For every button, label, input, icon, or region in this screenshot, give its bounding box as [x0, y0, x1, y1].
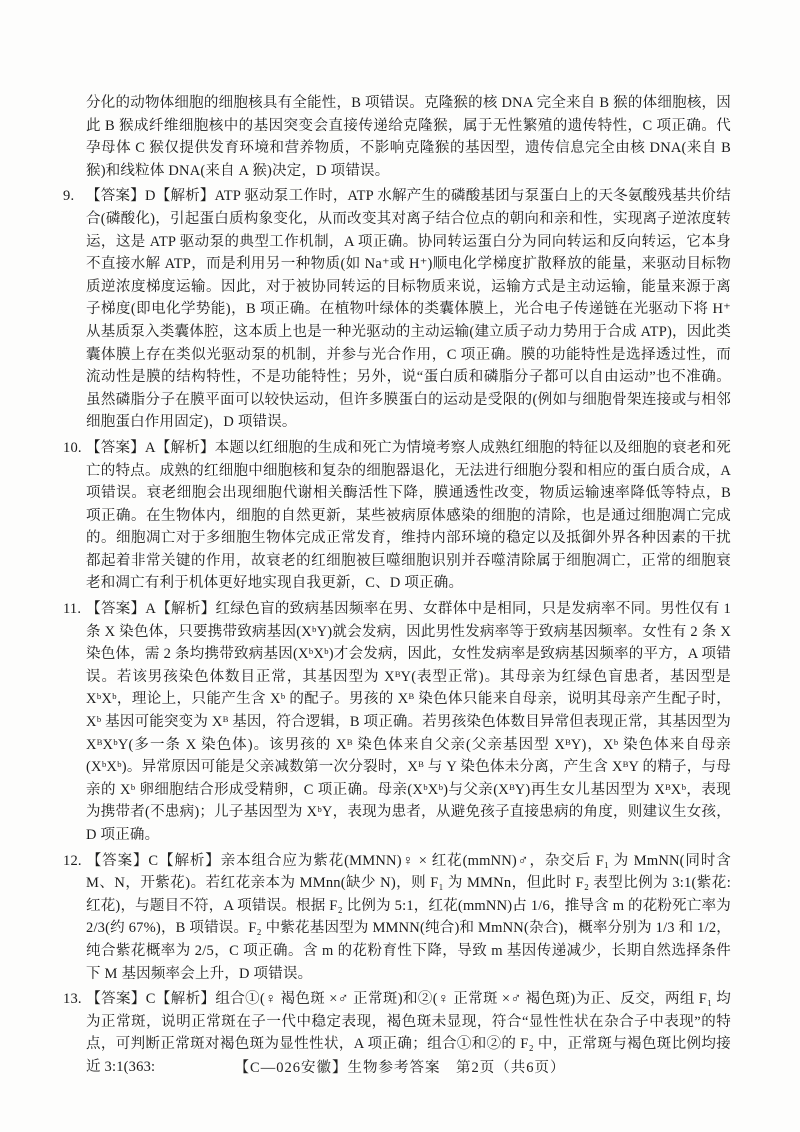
- answer-text-9: 【答案】D【解析】ATP 驱动泵工作时，ATP 水解产生的磷酸基团与泵蛋白上的天…: [86, 188, 731, 430]
- answer-number-11: 11.: [63, 598, 86, 621]
- page-footer: 【C—026安徽】生物参考答案 第2页（共6页）: [0, 1056, 800, 1077]
- answer-item-10: 10.【答案】A【解析】本题以红细胞的生成和死亡为情境考察人成熟红细胞的特征以及…: [63, 437, 731, 595]
- answer-8-continuation-paragraph: 分化的动物体细胞的细胞核具有全能性，B 项错误。克隆猴的核 DNA 完全来自 B…: [63, 92, 731, 182]
- answer-item-9: 9.【答案】D【解析】ATP 驱动泵工作时，ATP 水解产生的磷酸基团与泵蛋白上…: [63, 185, 731, 434]
- answer-number-13: 13.: [63, 988, 86, 1011]
- answer-text-10: 【答案】A【解析】本题以红细胞的生成和死亡为情境考察人成熟红细胞的特征以及细胞的…: [86, 440, 731, 592]
- answer-item-11: 11.【答案】A【解析】红绿色盲的致病基因频率在男、女群体中是相同，只是发病率不…: [63, 598, 731, 847]
- answer-content: 分化的动物体细胞的细胞核具有全能性，B 项错误。克隆猴的核 DNA 完全来自 B…: [63, 92, 731, 1082]
- answer-item-12: 12.【答案】C【解析】亲本组合应为紫花(MMNN)♀ × 红花(mmNN)♂，…: [63, 850, 731, 986]
- scanned-answer-page: 分化的动物体细胞的细胞核具有全能性，B 项错误。克隆猴的核 DNA 完全来自 B…: [0, 0, 800, 1132]
- answer-text-12: 【答案】C【解析】亲本组合应为紫花(MMNN)♀ × 红花(mmNN)♂，杂交后…: [86, 853, 731, 982]
- answer-number-9: 9.: [63, 185, 86, 208]
- answer-number-10: 10.: [63, 437, 86, 460]
- answer-number-12: 12.: [63, 850, 86, 873]
- answer-text-11: 【答案】A【解析】红绿色盲的致病基因频率在男、女群体中是相同，只是发病率不同。男…: [86, 601, 731, 843]
